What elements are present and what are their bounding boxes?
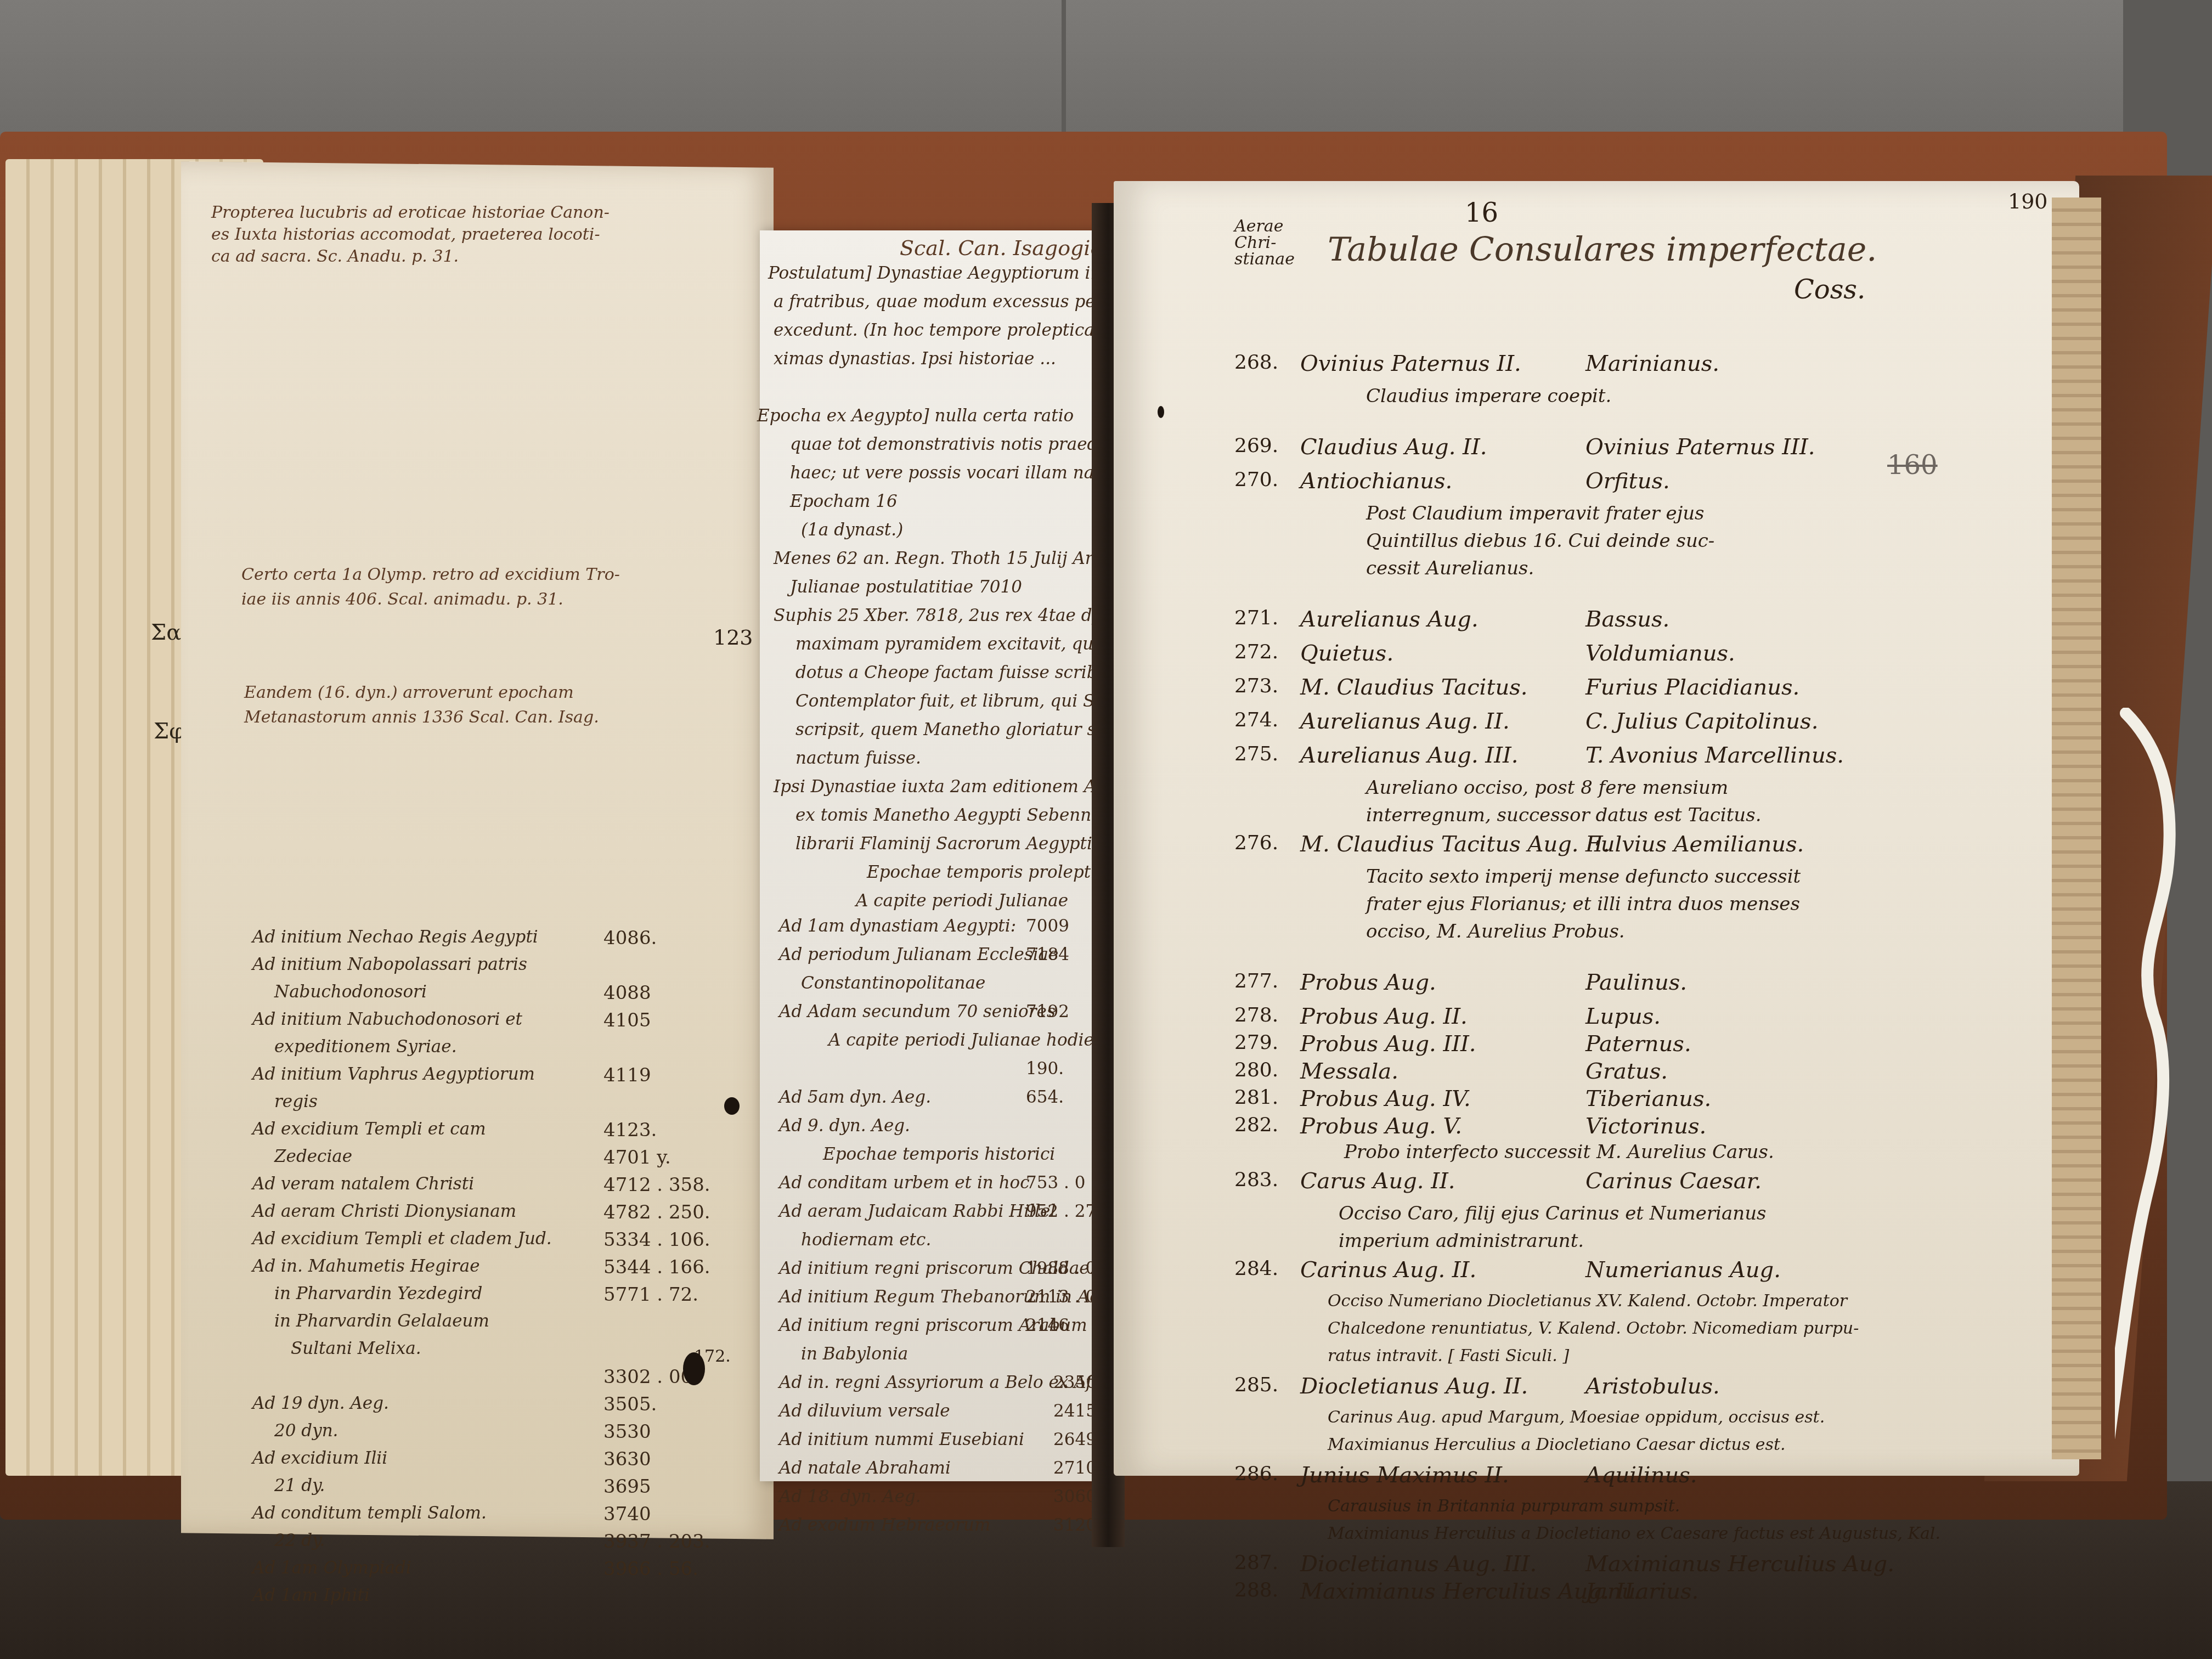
table-row: 22 dy.3937 . 203. bbox=[252, 1531, 768, 1558]
table-row: Ad initium Vaphrus Aegyptiorum4119 bbox=[252, 1064, 768, 1092]
table-row: expeditionem Syriae. bbox=[252, 1037, 768, 1064]
table-row: Ad initium regni priscorum Chaldae.1988 … bbox=[768, 1259, 1103, 1287]
table-row: Ad excidium Templi et cam4123. bbox=[252, 1119, 768, 1147]
table-row: 271.Aurelianus Aug.Bassus. bbox=[1234, 607, 2057, 641]
table-row: Ad initium Regum Thebanorum in Aeg.2113 … bbox=[768, 1287, 1103, 1316]
table-row: 286.Junius Maximus II.Aquilinus. bbox=[1234, 1463, 2057, 1497]
table-row: Ad diluvium versale2415 bbox=[768, 1401, 1103, 1430]
bookmark-cord[interactable] bbox=[2115, 708, 2203, 1659]
table-row: regis bbox=[252, 1092, 768, 1119]
table-row: 285.Diocletianus Aug. II.Aristobulus. bbox=[1234, 1374, 2057, 1408]
coss-label: Coss. bbox=[1794, 274, 1865, 305]
table-row: 268.Ovinius Paternus II.Marinianus. bbox=[1234, 351, 2057, 385]
table-row: Ad 18. dyn. Aeg.3060 bbox=[768, 1487, 1103, 1515]
table-row: Ad 9. dyn. Aeg. bbox=[768, 1116, 1103, 1144]
table-row: Ad conditam urbem et in hoc753 . 0 bbox=[768, 1173, 1103, 1201]
table-row: Ad aeram Christi Dionysianam4782 . 250. bbox=[252, 1201, 768, 1229]
slip-notes: Postulatum] Dynastiae Aegyptiorum ini- a… bbox=[768, 263, 1103, 919]
page-title: Tabulae Consulares imperfectae. bbox=[1328, 230, 1877, 269]
table-row: Ad conditum templi Salom.3740 bbox=[252, 1503, 768, 1531]
ink-dot bbox=[1158, 406, 1164, 418]
ink-blot bbox=[683, 1352, 705, 1385]
table-row: Ad initium Nabopolassari patris bbox=[252, 955, 768, 982]
table-row: 269.Claudius Aug. II.Ovinius Paternus II… bbox=[1234, 435, 2057, 469]
table-row: Ad in. Mahumetis Hegirae5344 . 166. bbox=[252, 1256, 768, 1284]
table-row: 276.M. Claudius Tacitus Aug. II.Fulvius … bbox=[1234, 832, 2057, 866]
table-row: 272.Quietus.Voldumianus. bbox=[1234, 641, 2057, 675]
table-row: 287.Diocletianus Aug. III.Maximianus Her… bbox=[1234, 1551, 2057, 1579]
table-row: in Babylonia bbox=[768, 1344, 1103, 1373]
table-row: Ad 19 dyn. Aeg.3505. bbox=[252, 1393, 768, 1421]
table-row: Ad initium Nabuchodonosori et4105 bbox=[252, 1009, 768, 1037]
table-row: 283.Carus Aug. II.Carinus Caesar. bbox=[1234, 1169, 2057, 1203]
table-row: Ad Adam secundum 70 seniores7192 bbox=[768, 1002, 1103, 1030]
consular-table: 268.Ovinius Paternus II.Marinianus. Clau… bbox=[1234, 351, 2057, 1606]
table-row: 277.Probus Aug.Paulinus. bbox=[1234, 970, 2057, 1004]
table-row: Ad periodum Julianam Ecclesiae7184 bbox=[768, 945, 1103, 973]
table-row: Ad aeram Judaicam Rabbi Hillel952 . 279 bbox=[768, 1201, 1103, 1230]
table-row: 273.M. Claudius Tacitus.Furius Placidian… bbox=[1234, 675, 2057, 709]
table-row: Ad exodum Hebraeorum3120 bbox=[768, 1515, 1103, 1544]
table-row: 281.Probus Aug. IV.Tiberianus. bbox=[1234, 1086, 2057, 1114]
greek-mark: Σα bbox=[151, 620, 181, 645]
table-row: in Pharvardin Gelalaeum bbox=[252, 1311, 768, 1339]
table-row: Ad excidium Templi et cladem Jud.5334 . … bbox=[252, 1229, 768, 1256]
slip-header: Scal. Can. Isagogici bbox=[900, 236, 1109, 260]
table-row: 278.Probus Aug. II.Lupus. bbox=[1234, 1004, 2057, 1031]
background-felt bbox=[0, 0, 2212, 143]
table-row: Ad 1am Iphiti bbox=[252, 1585, 768, 1613]
table-row: 282.Probus Aug. V.Victorinus. bbox=[1234, 1114, 2057, 1141]
table-row: Ad 1am Olympiadi3966 . 56. bbox=[252, 1558, 768, 1585]
page-number-top: 16 bbox=[1465, 198, 1498, 228]
table-row: Ad 1am dynastiam Aegypti:7009 bbox=[768, 916, 1103, 945]
table-row: Nabuchodonosori4088 bbox=[252, 982, 768, 1009]
table-row: Ad veram natalem Christi4712 . 358. bbox=[252, 1174, 768, 1201]
folio-number: 190 bbox=[2008, 189, 2048, 213]
table-row: Ad initium nummi Eusebiani2649 bbox=[768, 1430, 1103, 1458]
slip-epoch-table: Ad 1am dynastiam Aegypti:7009 Ad periodu… bbox=[768, 916, 1103, 1544]
left-page-epoch-table: Ad initium Nechao Regis Aegypti4086. Ad … bbox=[252, 927, 768, 1613]
table-row: 190. bbox=[768, 1059, 1103, 1087]
table-row: 288.Maximianus Herculius Aug. II.Januari… bbox=[1234, 1579, 2057, 1606]
table-row: Ad initium regni priscorum Arabum2146 bbox=[768, 1316, 1103, 1344]
table-row: A capite periodi Julianae hodiernae bbox=[768, 1030, 1103, 1059]
table-row: hodiernam etc. bbox=[768, 1230, 1103, 1259]
table-row: Ad in. regni Assyriorum a Belo ex Africa… bbox=[768, 1373, 1103, 1401]
table-row: 279.Probus Aug. III.Paternus. bbox=[1234, 1031, 2057, 1059]
table-row: 284.Carinus Aug. II.Numerianus Aug. bbox=[1234, 1257, 2057, 1291]
table-row: 20 dyn.3530 bbox=[252, 1421, 768, 1448]
table-row: Zedeciae4701 y. bbox=[252, 1147, 768, 1174]
table-row: Ad excidium Ilii3630 bbox=[252, 1448, 768, 1476]
table-row: Epochae temporis historici bbox=[768, 1144, 1103, 1173]
greek-mark: Σφ bbox=[154, 719, 184, 744]
page-reference-number: 123 bbox=[713, 625, 753, 650]
table-row: 280.Messala.Gratus. bbox=[1234, 1059, 2057, 1086]
table-row: 270.Antiochianus.Orfitus. bbox=[1234, 469, 2057, 503]
table-row: Constantinopolitanae bbox=[768, 973, 1103, 1002]
table-row: in Pharvardin Yezdegird5771 . 72. bbox=[252, 1284, 768, 1311]
ink-blot bbox=[724, 1097, 740, 1115]
table-row: Ad 5am dyn. Aeg.654. bbox=[768, 1087, 1103, 1116]
table-row: Ad natale Abrahami2710 bbox=[768, 1458, 1103, 1487]
table-row: 274.Aurelianus Aug. II.C. Julius Capitol… bbox=[1234, 709, 2057, 743]
table-row: 21 dy.3695 bbox=[252, 1476, 768, 1503]
right-page-edges bbox=[2052, 198, 2101, 1459]
table-row: Ad initium Nechao Regis Aegypti4086. bbox=[252, 927, 768, 955]
table-row: 275.Aurelianus Aug. III.T. Avonius Marce… bbox=[1234, 743, 2057, 777]
